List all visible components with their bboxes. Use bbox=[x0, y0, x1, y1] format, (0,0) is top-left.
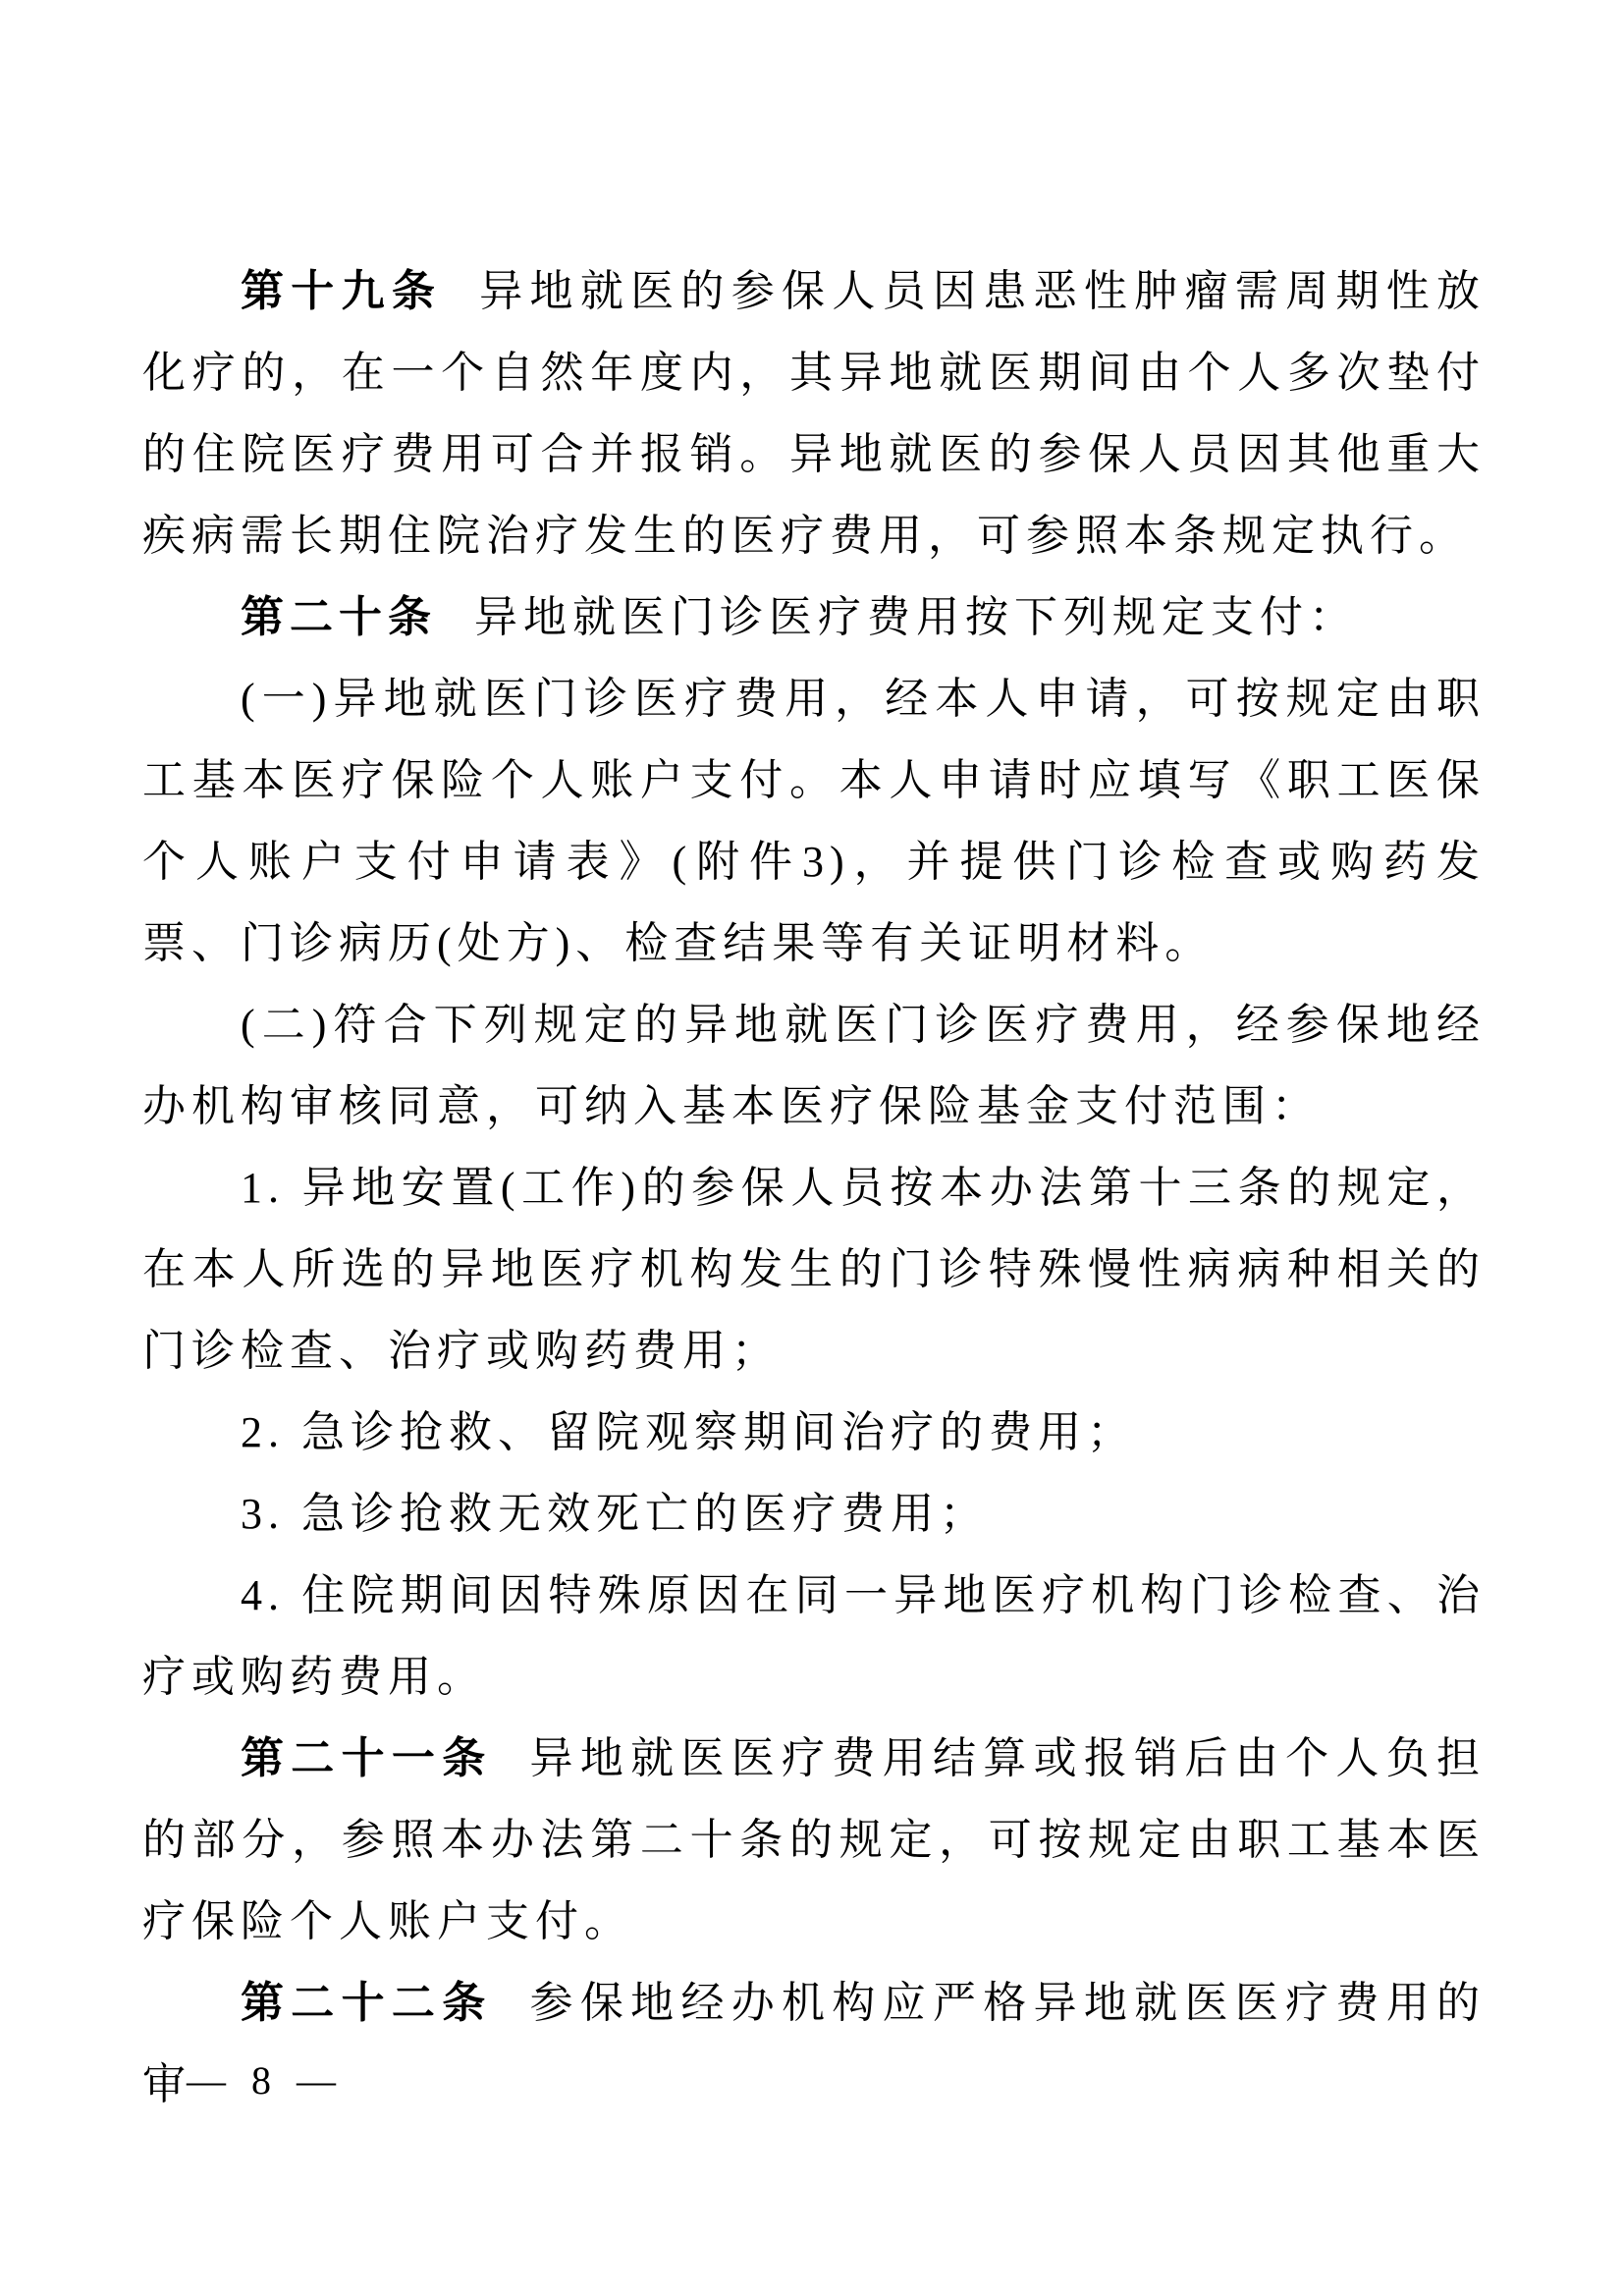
article-number: 第十九条 bbox=[241, 267, 442, 315]
article-number: 第二十一条 bbox=[241, 1734, 493, 1782]
article-number: 第二十二条 bbox=[241, 1979, 493, 2027]
paragraph-text: 2. 急诊抢救、留院观察期间治疗的费用； bbox=[241, 1408, 1136, 1456]
article-number: 第二十条 bbox=[241, 593, 437, 641]
paragraph-text: (一)异地就医门诊医疗费用，经本人申请，可按规定由职工基本医疗保险个人账户支付。… bbox=[142, 675, 1486, 967]
document-page: 第十九条异地就医的参保人员因患恶性肿瘤需周期性放化疗的，在一个自然年度内，其异地… bbox=[0, 0, 1623, 2296]
paragraph-text: 异地就医门诊医疗费用按下列规定支付： bbox=[474, 593, 1358, 641]
document-body: 第十九条异地就医的参保人员因患恶性肿瘤需周期性放化疗的，在一个自然年度内，其异地… bbox=[142, 250, 1486, 2125]
paragraph: 第二十二条参保地经办机构应严格异地就医医疗费用的审 bbox=[142, 1962, 1486, 2125]
paragraph: 3. 急诊抢救无效死亡的医疗费用； bbox=[142, 1473, 1486, 1555]
paragraph: 4. 住院期间因特殊原因在同一异地医疗机构门诊检查、治疗或购药费用。 bbox=[142, 1555, 1486, 1718]
paragraph: 2. 急诊抢救、留院观察期间治疗的费用； bbox=[142, 1392, 1486, 1473]
paragraph: (一)异地就医门诊医疗费用，经本人申请，可按规定由职工基本医疗保险个人账户支付。… bbox=[142, 658, 1486, 984]
paragraph: 第十九条异地就医的参保人员因患恶性肿瘤需周期性放化疗的，在一个自然年度内，其异地… bbox=[142, 250, 1486, 576]
paragraph-text: 1. 异地安置(工作)的参保人员按本办法第十三条的规定，在本人所选的异地医疗机构… bbox=[142, 1164, 1486, 1375]
paragraph-text: 3. 急诊抢救无效死亡的医疗费用； bbox=[241, 1490, 989, 1538]
paragraph-text: 4. 住院期间因特殊原因在同一异地医疗机构门诊检查、治疗或购药费用。 bbox=[142, 1571, 1486, 1701]
paragraph: 1. 异地安置(工作)的参保人员按本办法第十三条的规定，在本人所选的异地医疗机构… bbox=[142, 1147, 1486, 1392]
paragraph: (二)符合下列规定的异地就医门诊医疗费用，经参保地经办机构审核同意，可纳入基本医… bbox=[142, 984, 1486, 1147]
paragraph: 第二十条异地就医门诊医疗费用按下列规定支付： bbox=[142, 576, 1486, 658]
page-number: — 8 — bbox=[187, 2057, 344, 2104]
paragraph-text: (二)符合下列规定的异地就医门诊医疗费用，经参保地经办机构审核同意，可纳入基本医… bbox=[142, 1001, 1486, 1130]
paragraph: 第二十一条异地就医医疗费用结算或报销后由个人负担的部分，参照本办法第二十条的规定… bbox=[142, 1718, 1486, 1962]
